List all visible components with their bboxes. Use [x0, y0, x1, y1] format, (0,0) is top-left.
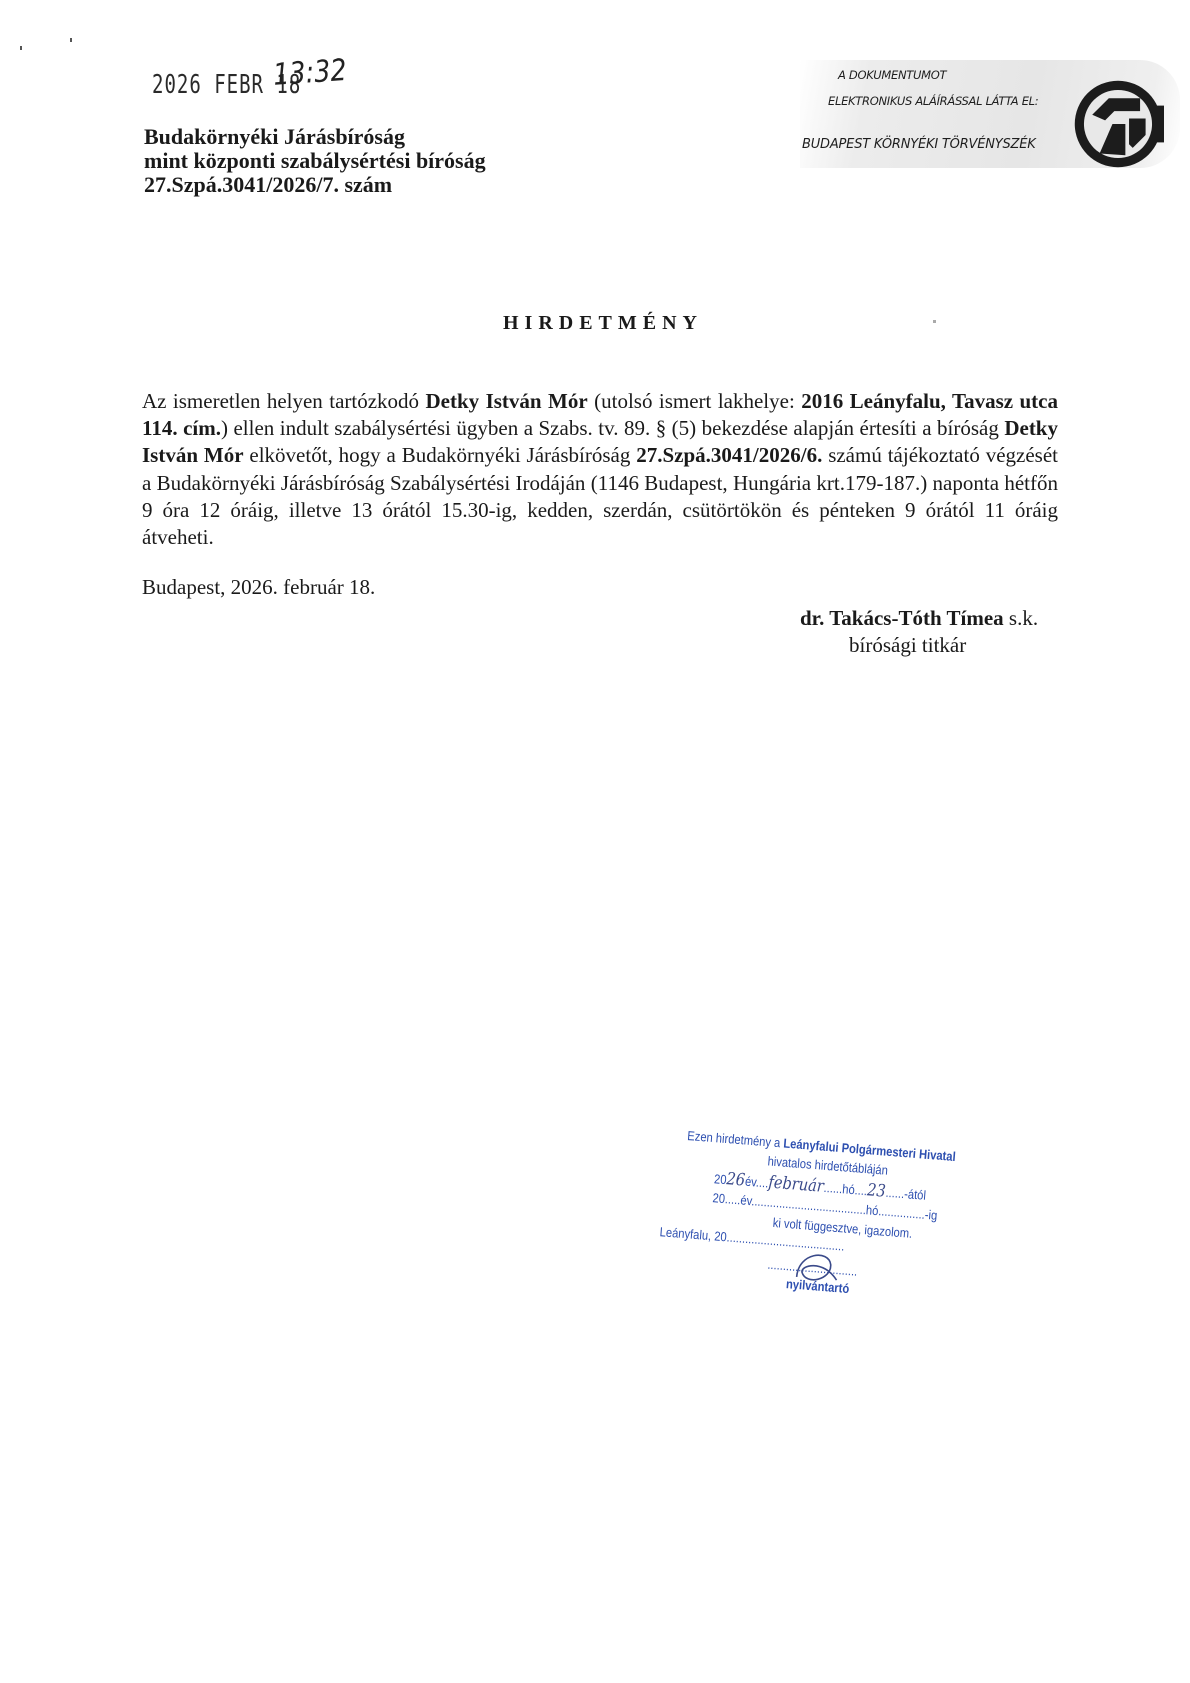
e-signature-issuer: BUDAPEST KÖRNYÉKI TÖRVÉNYSZÉK [802, 137, 1036, 152]
scan-speck [70, 38, 72, 42]
court-role: mint központi szabálysértési bíróság [144, 149, 486, 173]
handwritten-year: 26 [726, 1169, 746, 1190]
handwritten-day: 23 [866, 1180, 886, 1201]
to-suffix: -ig [924, 1207, 938, 1223]
signer-suffix: s.k. [1004, 606, 1038, 630]
place-and-date: Budapest, 2026. február 18. [142, 575, 375, 600]
body-text: (utolsó ismert lakhelye: [588, 389, 802, 413]
document-title: HIRDETMÉNY [0, 312, 1190, 335]
received-time-handwritten: 13:32 [272, 53, 348, 93]
body-text: elkövetőt, hogy a Budakörnyéki Járásbíró… [244, 443, 637, 467]
document-header: Budakörnyéki Járásbíróság mint központi … [144, 125, 486, 197]
referenced-case-number: 27.Szpá.3041/2026/6. [636, 443, 822, 467]
handwritten-month: február [768, 1173, 825, 1197]
body-text: ) ellen indult szabálysértési ügyben a S… [221, 416, 1004, 440]
posting-stamp-text: Ezen hirdetmény a [687, 1128, 784, 1151]
court-name: Budakörnyéki Járásbíróság [144, 125, 486, 149]
case-number: 27.Szpá.3041/2026/7. szám [144, 173, 486, 197]
posting-stamp: Ezen hirdetmény a Leányfalui Polgármeste… [672, 1128, 1047, 1356]
signer-name: dr. Takács-Tóth Tímea [800, 606, 1004, 630]
person-name: Detky István Mór [425, 389, 587, 413]
e-signature-line2: ELEKTRONIKUS ALÁÍRÁSSAL LÁTTA EL: [828, 94, 1038, 108]
court-logo-icon [1072, 78, 1164, 170]
signer-title: bírósági titkár [849, 633, 966, 658]
place-prefix: Leányfalu, 20 [659, 1224, 727, 1244]
body-text: Az ismeretlen helyen tartózkodó [142, 389, 425, 413]
from-suffix: -ától [904, 1186, 927, 1203]
scan-speck [20, 46, 22, 50]
signer: dr. Takács-Tóth Tímea s.k. [800, 606, 1038, 631]
notice-body: Az ismeretlen helyen tartózkodó Detky Is… [142, 388, 1058, 551]
e-signature-line1: A DOKUMENTUMOT [838, 68, 946, 82]
